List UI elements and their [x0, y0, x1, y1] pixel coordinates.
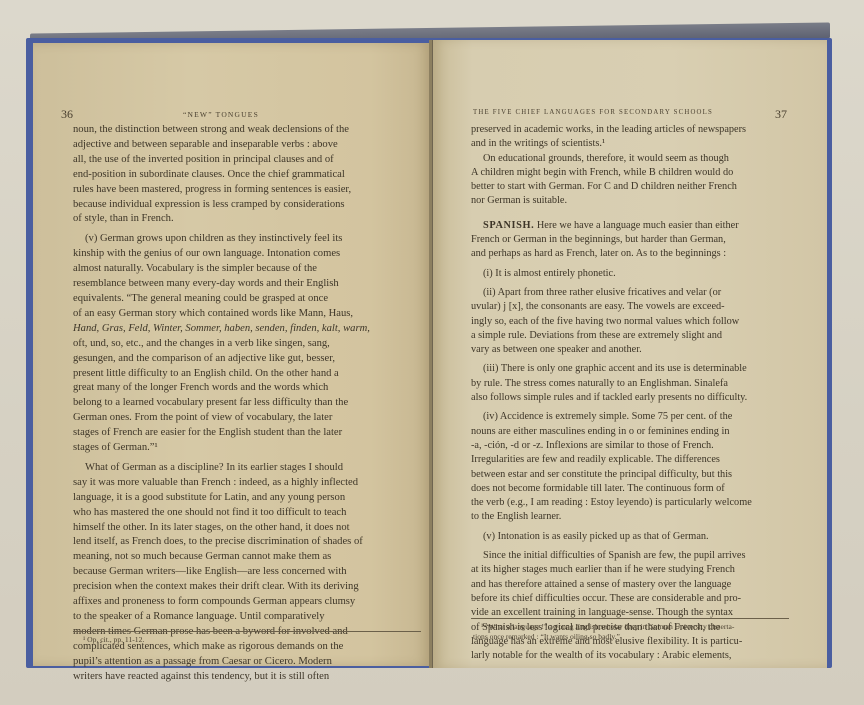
text-line: because German writers—like English—are … [73, 565, 421, 580]
text-line: (v) German grows upon children as they i… [73, 232, 421, 247]
text-line: also follows simple rules and if tackled… [471, 391, 789, 405]
text-line: preserved in academic works, in the lead… [471, 123, 789, 137]
text-line: before its chief difficulties occur. The… [471, 592, 789, 606]
text-line: adjective and between separable and inse… [73, 138, 421, 153]
text-line: gesungen, and the comparison of an adjec… [73, 352, 421, 367]
text-line: of style, than in French. [73, 212, 421, 227]
right-text-body: preserved in academic works, in the lead… [471, 123, 789, 663]
running-head-left: “NEW” TONGUES [183, 110, 259, 119]
left-page: 36 “NEW” TONGUES noun, the distinction b… [33, 43, 430, 666]
text-line: great many of the longer French words an… [73, 381, 421, 396]
text-line: (iii) There is only one graphic accent a… [471, 362, 789, 376]
text-line: oft, und, so, etc., and the changes in a… [73, 337, 421, 352]
text-line: at its higher stages much earlier than i… [471, 563, 789, 577]
text-line: say it was more valuable than French : i… [73, 476, 421, 491]
text-line: vary as between one speaker and another. [471, 343, 789, 357]
text-line: present little difficulty to an English … [73, 367, 421, 382]
text-line: stages of French are easier for the Engl… [73, 426, 421, 441]
text-line: because individual expression is less cr… [73, 198, 421, 213]
text-line: -a, -ción, -d or -z. Inflexions are simi… [471, 439, 789, 453]
running-head-right: THE FIVE CHIEF LANGUAGES FOR SECONDARY S… [473, 109, 713, 116]
text-line: meaning, not so much because German cann… [73, 550, 421, 565]
text-line: himself the other. In its later stages, … [73, 521, 421, 536]
text-line: almost naturally. Vocabulary is the simp… [73, 262, 421, 277]
text-line: a simple rule. Deviations from these are… [471, 329, 789, 343]
right-page: THE FIVE CHIEF LANGUAGES FOR SECONDARY S… [432, 40, 827, 668]
footnote-right: ¹ “What a language !” a young English sc… [473, 622, 789, 641]
page-number-left: 36 [61, 107, 73, 122]
text-line: precision when the context makes their d… [73, 580, 421, 595]
text-line: between estar and ser constitute the pri… [471, 468, 789, 482]
text-line: and in the writings of scientists.¹ [471, 137, 789, 151]
text-line: Here we have a language much easier than… [534, 220, 738, 231]
text-line: of an easy German story which contained … [73, 307, 421, 322]
text-line: German ones. From the point of view of v… [73, 411, 421, 426]
text-line: who has mastered the one should not find… [73, 506, 421, 521]
text-line: nouns are either masculines ending in o … [471, 425, 789, 439]
text-line: noun, the distinction between strong and… [73, 123, 421, 138]
section-heading-spanish: SPANISH. [483, 220, 534, 231]
text-line: end-position in subordinate clauses. Onc… [73, 168, 421, 183]
text-line: all, the use of the inverted position in… [73, 153, 421, 168]
text-line: Irregularities are few and readily expli… [471, 453, 789, 467]
text-line: by rule. The stress comes naturally to a… [471, 377, 789, 391]
text-line: rules have been mastered, progress in fo… [73, 183, 421, 198]
footnote-rule-left [73, 631, 421, 632]
text-line: kinship with the genius of our own langu… [73, 247, 421, 262]
text-line: nor German is suitable. [471, 194, 789, 208]
text-line: A children might begin with French, whil… [471, 166, 789, 180]
text-line: stages of German.”¹ [73, 441, 421, 456]
text-line: (iv) Accidence is extremely simple. Some… [471, 410, 789, 424]
left-text-body: noun, the distinction between strong and… [73, 123, 421, 685]
footnote-line: ¹ “What a language !” a young English sc… [473, 622, 789, 632]
text-line: What of German as a discipline? In its e… [73, 461, 421, 476]
footnote-line: tions once remarked : “It wants oiling s… [473, 632, 789, 642]
text-line: belong to a learned vocabulary present f… [73, 396, 421, 411]
text-line: affixes and proneness to form compounds … [73, 595, 421, 610]
text-line: Since the initial difficulties of Spanis… [471, 549, 789, 563]
spanish-paragraph-start: SPANISH. Here we have a language much ea… [471, 219, 789, 233]
text-line: resemblance between many every-day words… [73, 277, 421, 292]
footnote-left: ¹ Op. cit., pp. 11-12. [83, 635, 144, 645]
text-line: to the speaker of a Romance language. Un… [73, 610, 421, 625]
list-item-i: (i) It is almost entirely phonetic. [471, 267, 789, 281]
text-line: lend itself, as French does, to the prec… [73, 535, 421, 550]
text-line: equivalents. “The general meaning could … [73, 292, 421, 307]
text-line: pupil’s attention as a passage from Caes… [73, 655, 421, 670]
text-line: French or German in the beginnings, but … [471, 233, 789, 247]
text-line: and perhaps as hard as French, later on.… [471, 247, 789, 261]
text-line: writers have reacted against this tenden… [73, 670, 421, 685]
text-line: On educational grounds, therefore, it wo… [471, 152, 789, 166]
text-line: uvular) j [x], the consonants are easy. … [471, 300, 789, 314]
text-line: and has therefore attained a sense of ma… [471, 578, 789, 592]
text-line: ingly so, each of the five having two no… [471, 315, 789, 329]
text-line: larly notable for the wealth of its voca… [471, 649, 789, 663]
text-line: language, it is a good substitute for La… [73, 491, 421, 506]
text-line: better to start with German. For C and D… [471, 180, 789, 194]
text-line: Hand, Gras, Feld, Winter, Sommer, haben,… [73, 322, 421, 337]
footnote-rule-right [471, 618, 789, 619]
page-number-right: 37 [775, 107, 787, 122]
list-item-v: (v) Intonation is as easily picked up as… [471, 530, 789, 544]
text-line: (ii) Apart from three rather elusive fri… [471, 286, 789, 300]
text-line: does not become formidable till later. T… [471, 482, 789, 496]
text-line: to the English learner. [471, 510, 789, 524]
text-line: the verb (e.g., I am reading : Estoy ley… [471, 496, 789, 510]
